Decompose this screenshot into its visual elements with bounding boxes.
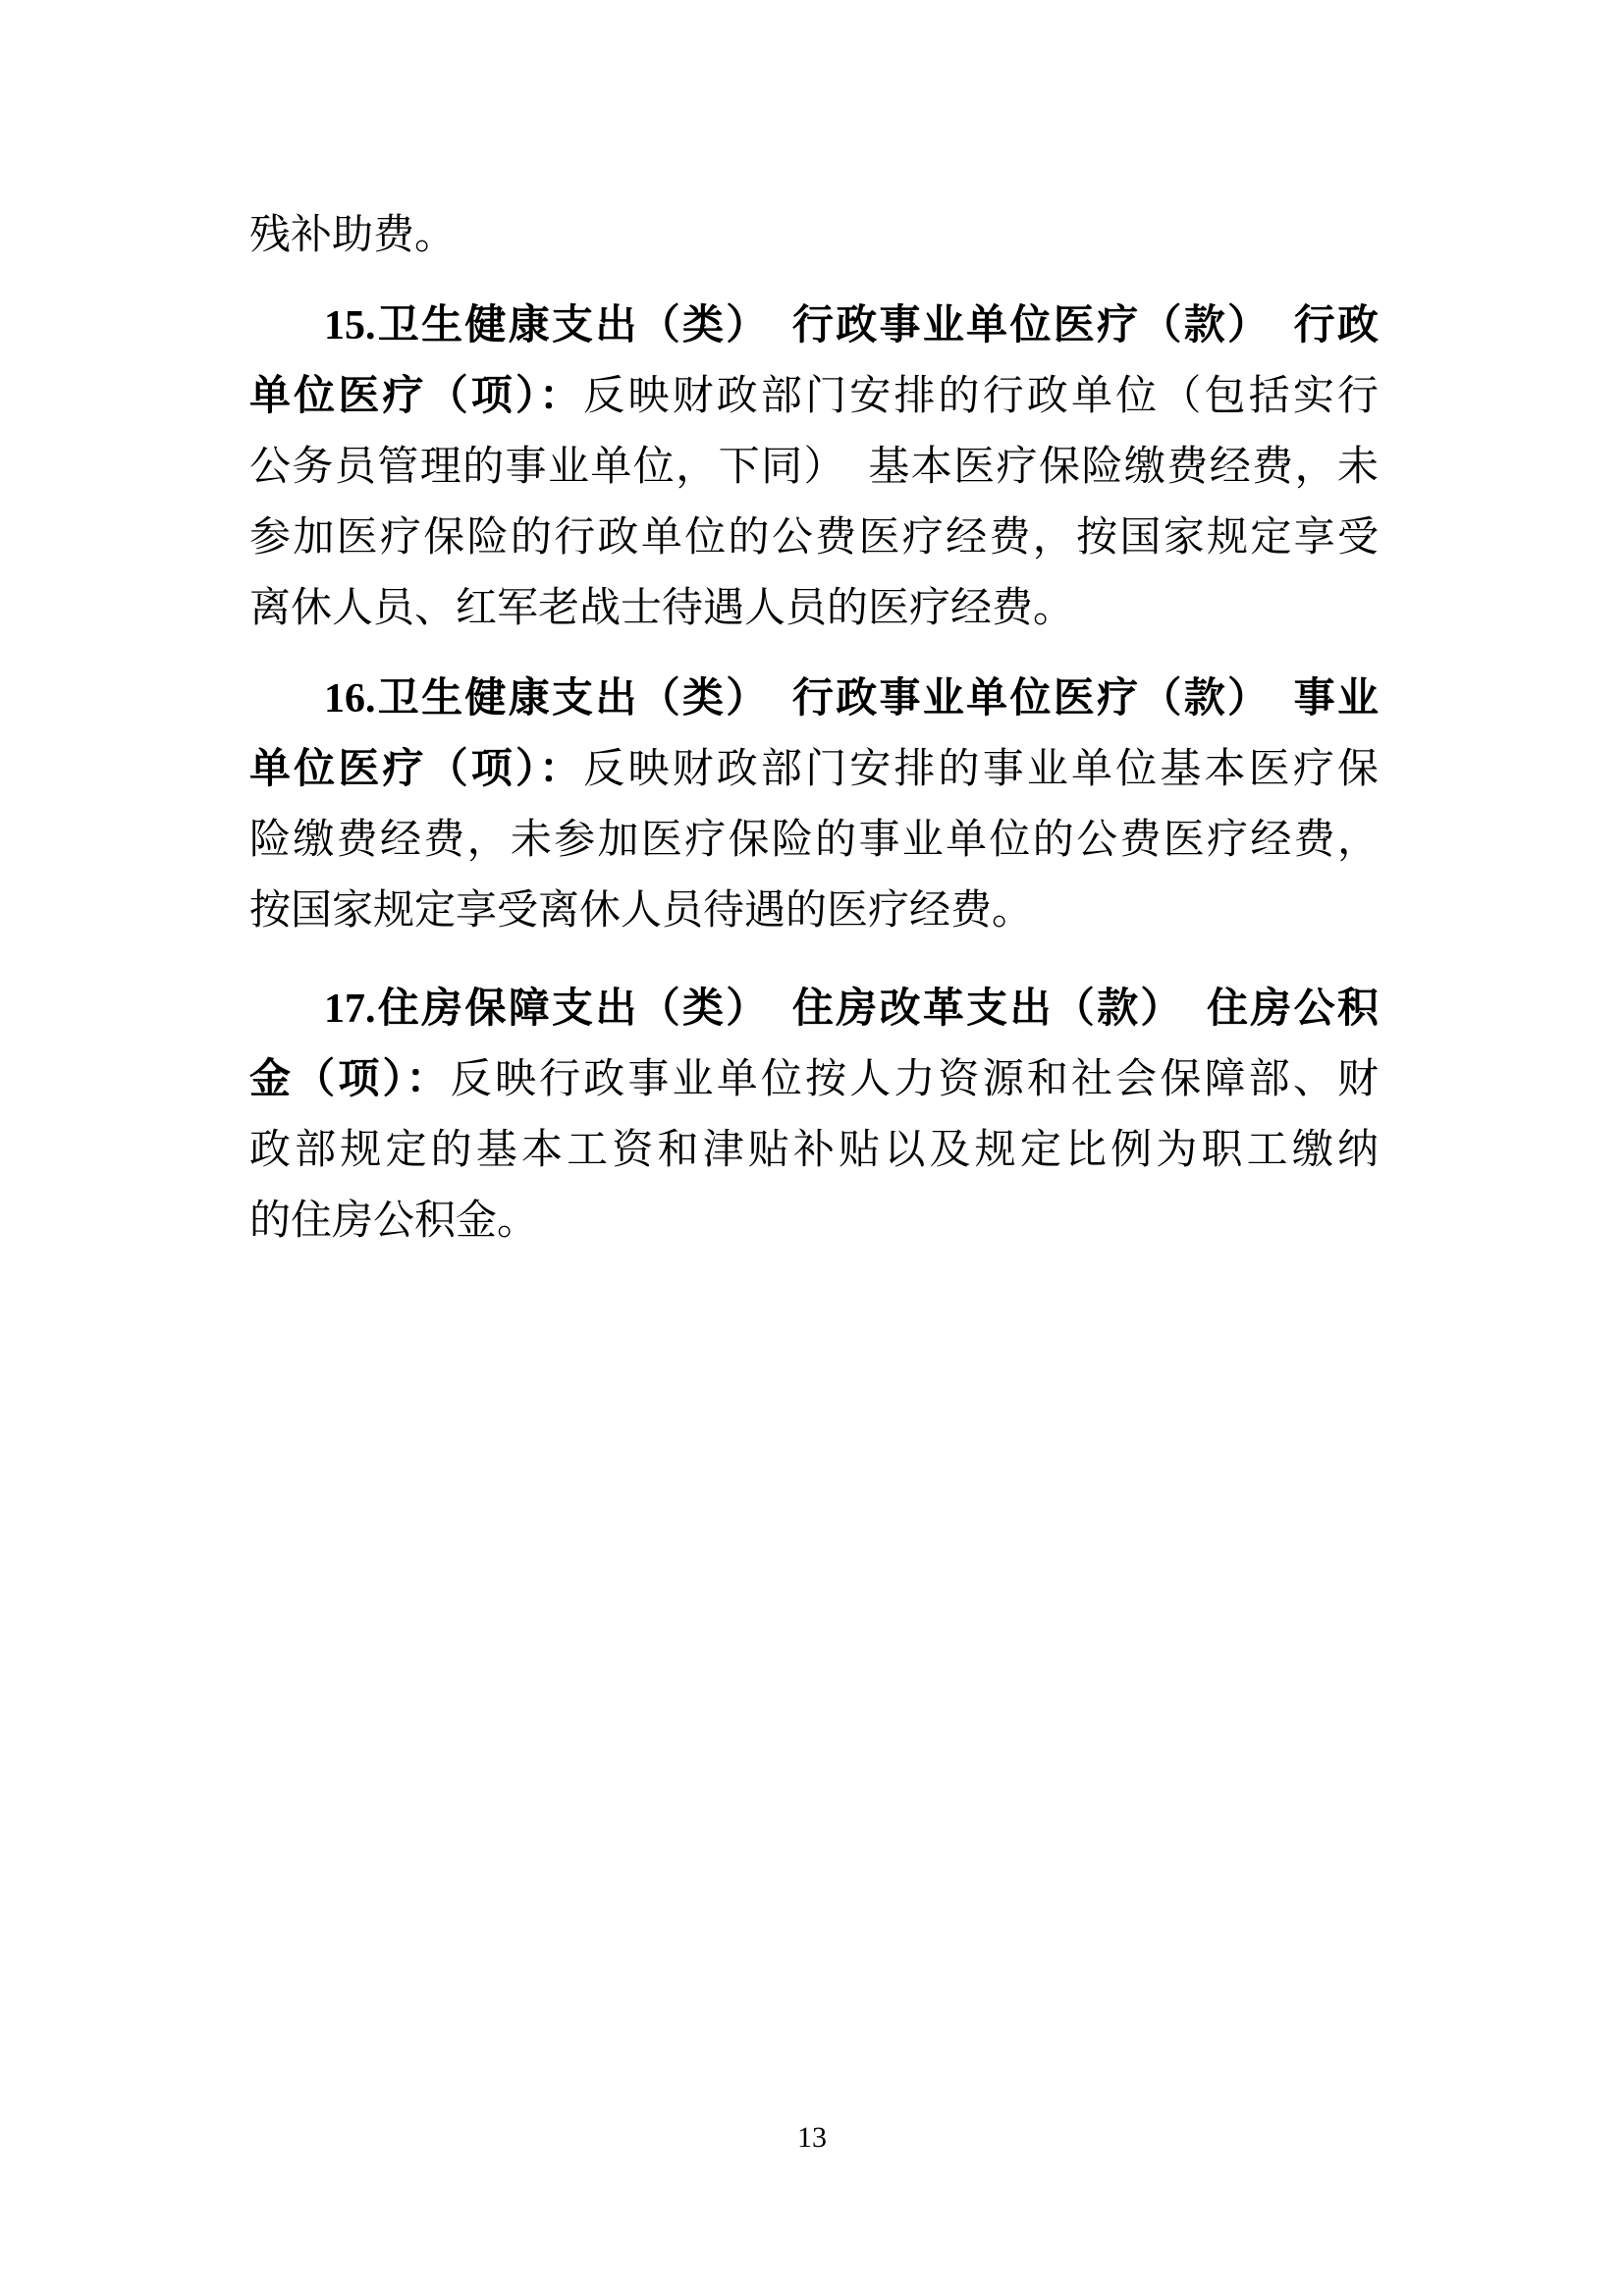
bold-text-segment: 单位医疗（项）：: [249, 374, 583, 419]
document-page: 残补助费。15.卫生健康支出（类） 行政事业单位医疗（款） 行政单位医疗（项）：…: [0, 0, 1624, 2296]
bold-text-segment: 16.卫生健康支出（类） 行政事业单位医疗（款） 事业: [324, 676, 1379, 721]
text-line: 单位医疗（项）：反映财政部门安排的行政单位（包括实行: [249, 361, 1379, 432]
text-segment: 公务员管理的事业单位，下同） 基本医疗保险缴费经费，未: [249, 445, 1379, 490]
bold-text-segment: 金（项）：: [249, 1057, 451, 1102]
text-segment: 离休人员、红军老战士待遇人员的医疗经费。: [249, 586, 1074, 631]
text-line: 参加医疗保险的行政单位的公费医疗经费，按国家规定享受: [249, 503, 1379, 573]
paragraph-14-continuation: 残补助费。: [249, 200, 1379, 271]
paragraph-15: 15.卫生健康支出（类） 行政事业单位医疗（款） 行政单位医疗（项）：反映财政部…: [249, 291, 1379, 644]
text-line: 按国家规定享受离休人员待遇的医疗经费。: [249, 876, 1379, 946]
text-segment: 反映行政事业单位按人力资源和社会保障部、财: [451, 1057, 1379, 1102]
text-line: 险缴费经费，未参加医疗保险的事业单位的公费医疗经费，: [249, 805, 1379, 876]
bold-text-segment: 17.住房保障支出（类） 住房改革支出（款） 住房公积: [324, 987, 1379, 1032]
text-segment: 的住房公积金。: [249, 1199, 538, 1244]
text-line: 16.卫生健康支出（类） 行政事业单位医疗（款） 事业: [249, 664, 1379, 734]
text-segment: 险缴费经费，未参加医疗保险的事业单位的公费医疗经费，: [249, 818, 1379, 863]
bold-text-segment: 单位医疗（项）：: [249, 747, 583, 792]
text-line: 残补助费。: [249, 200, 1379, 271]
text-line: 15.卫生健康支出（类） 行政事业单位医疗（款） 行政: [249, 291, 1379, 361]
paragraph-17: 17.住房保障支出（类） 住房改革支出（款） 住房公积金（项）：反映行政事业单位…: [249, 974, 1379, 1256]
text-segment: 反映财政部门安排的事业单位基本医疗保: [583, 747, 1379, 792]
page-number: 13: [797, 2121, 827, 2154]
paragraph-16: 16.卫生健康支出（类） 行政事业单位医疗（款） 事业单位医疗（项）：反映财政部…: [249, 664, 1379, 946]
text-line: 公务员管理的事业单位，下同） 基本医疗保险缴费经费，未: [249, 432, 1379, 503]
text-segment: 政部规定的基本工资和津贴补贴以及规定比例为职工缴纳: [249, 1128, 1379, 1173]
text-line: 离休人员、红军老战士待遇人员的医疗经费。: [249, 573, 1379, 644]
text-line: 的住房公积金。: [249, 1186, 1379, 1256]
document-body: 残补助费。15.卫生健康支出（类） 行政事业单位医疗（款） 行政单位医疗（项）：…: [249, 200, 1379, 1256]
text-line: 单位医疗（项）：反映财政部门安排的事业单位基本医疗保: [249, 734, 1379, 805]
text-line: 17.住房保障支出（类） 住房改革支出（款） 住房公积: [249, 974, 1379, 1044]
text-segment: 按国家规定享受离休人员待遇的医疗经费。: [249, 888, 1033, 934]
text-line: 政部规定的基本工资和津贴补贴以及规定比例为职工缴纳: [249, 1115, 1379, 1186]
text-segment: 反映财政部门安排的行政单位（包括实行: [583, 374, 1379, 419]
bold-text-segment: 15.卫生健康支出（类） 行政事业单位医疗（款） 行政: [324, 303, 1379, 348]
text-line: 金（项）：反映行政事业单位按人力资源和社会保障部、财: [249, 1044, 1379, 1115]
text-segment: 参加医疗保险的行政单位的公费医疗经费，按国家规定享受: [249, 515, 1379, 561]
page-footer: 13: [0, 2120, 1624, 2156]
text-segment: 残补助费。: [249, 213, 456, 258]
